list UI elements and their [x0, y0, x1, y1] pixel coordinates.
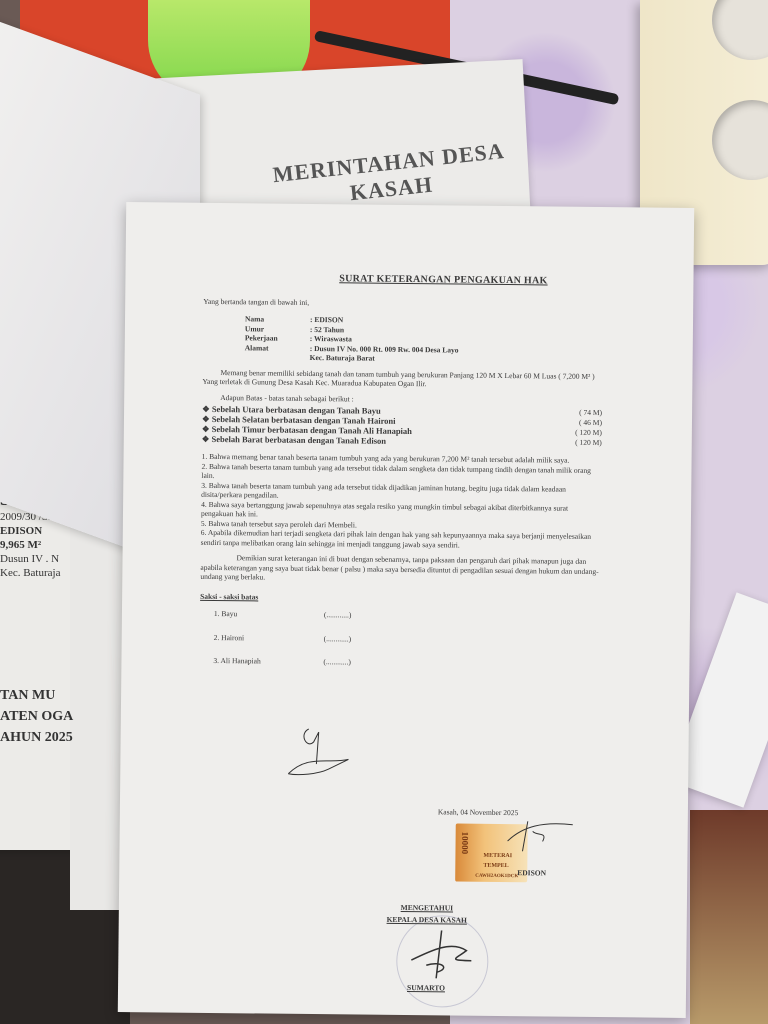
intro-text: Yang bertanda tangan di bawah ini,	[203, 296, 603, 310]
witness-signature-line: (............)	[324, 634, 352, 644]
acknowledged-title: MENGETAHUI	[357, 903, 497, 914]
statement-item: 6. Apabila dikemudian hari terjadi sengk…	[201, 528, 601, 551]
border-length: ( 120 M)	[575, 428, 602, 438]
acknowledged-name: SUMARTO	[356, 982, 496, 993]
witness-signature-line: (............)	[324, 610, 352, 620]
witness-signature-icon	[278, 724, 359, 785]
witness-row: 2. Haironi(............)	[214, 632, 600, 646]
borders-list: ❖ Sebelah Utara berbatasan dengan Tanah …	[202, 404, 602, 448]
acknowledged-role: KEPALA DESA KASAH	[357, 915, 497, 926]
wooden-surface	[690, 810, 768, 1024]
socket-icon	[712, 0, 768, 60]
diamond-bullet-icon: ❖	[202, 424, 212, 434]
signer-signature-icon	[502, 816, 582, 857]
stamp-value: 10000	[459, 832, 469, 855]
border-side: Sebelah Barat berbatasan dengan Tanah Ed…	[211, 434, 386, 446]
witnesses-title: Saksi - saksi batas	[200, 591, 600, 605]
main-document: SURAT KETERANGAN PENGAKUAN HAK Yang bert…	[118, 202, 694, 1018]
closing-paragraph: Demikian surat keterangan ini di buat de…	[200, 553, 600, 586]
border-length: ( 46 M)	[579, 418, 602, 428]
identity-value: : Wiraswasta	[310, 334, 352, 344]
border-length: ( 74 M)	[579, 408, 602, 418]
witness-name: 3. Ali Hanapiah	[213, 656, 283, 666]
signer-name: EDISON	[517, 868, 546, 878]
identity-label	[245, 352, 310, 362]
fragment-line: 9,965 M²	[0, 538, 110, 552]
witness-name: 2. Haironi	[214, 632, 284, 642]
fragment-footer: ATEN OGA	[0, 706, 110, 727]
witness-name: 1. Bayu	[214, 609, 284, 619]
fragment-footer: TAN MU	[0, 685, 110, 706]
identity-value: Kec. Baturaja Barat	[310, 353, 375, 363]
diamond-bullet-icon: ❖	[202, 414, 212, 424]
identity-value: : 52 Tahun	[310, 324, 344, 334]
stamp-code: CAWH2AOK1DCK	[475, 872, 518, 882]
diamond-bullet-icon: ❖	[202, 434, 212, 444]
fragment-footer: AHUN 2025	[0, 727, 110, 748]
witness-signature-line: (............)	[323, 657, 351, 667]
village-head-signature-icon	[406, 930, 487, 981]
left-document-footer: TAN MU ATEN OGA AHUN 2025	[0, 685, 110, 748]
diamond-bullet-icon: ❖	[202, 404, 212, 414]
identity-block: Nama: EDISON Umur: 52 Tahun Pekerjaan: W…	[203, 314, 603, 366]
document-title: SURAT KETERANGAN PENGAKUAN HAK	[283, 274, 603, 287]
witness-row: 1. Bayu(............)	[214, 609, 600, 623]
socket-icon	[712, 100, 768, 180]
land-statement: Memang benar memiliki sebidang tanah dan…	[202, 367, 602, 390]
document-body: SURAT KETERANGAN PENGAKUAN HAK Yang bert…	[199, 273, 603, 670]
identity-value: : EDISON	[310, 315, 343, 325]
witness-row: 3. Ali Hanapiah(............)	[213, 656, 599, 670]
fragment-line: Dusun IV . N	[0, 552, 110, 566]
statements-list: 1. Bahwa memang benar tanah beserta tana…	[201, 452, 602, 551]
fragment-line: Kec. Baturaja	[0, 566, 110, 580]
border-length: ( 120 M)	[575, 438, 602, 448]
